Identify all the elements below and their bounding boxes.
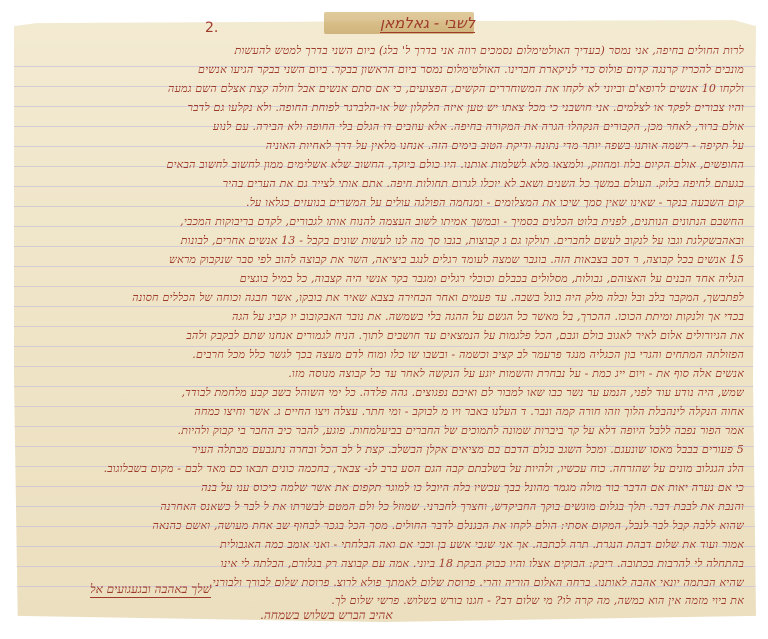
text-line: והיו צבורים לפקד או לצלמים. אני חושבני כ… xyxy=(30,101,744,114)
text-line: מונבים להכריז קרנגה קדום פולוס כדי לניקא… xyxy=(30,63,744,76)
page-number: 2. xyxy=(205,20,218,36)
text-line: אמור ועוד את שלום דבהת הנגרת. תרה לכתבה.… xyxy=(30,538,744,551)
text-line: לפתבשך, המקבר בלב ובל ובלה מלק היה בוגל … xyxy=(30,291,744,304)
ruled-line xyxy=(14,326,756,327)
text-line: כי אם נערה יאות אם הדבר בור מולה מגמר מה… xyxy=(30,481,744,494)
ruled-line xyxy=(14,346,756,347)
text-line: על תקיפה - רשמה אותנו בשפה יותר מדי נתונ… xyxy=(30,139,744,152)
signature: אהיב הברש בשלוש בשמחה. xyxy=(260,608,393,623)
text-line: שהוא ללבה קבל לבר לנבל, המקום אסתי: הולם… xyxy=(30,519,744,532)
text-line: הלג הגגלוב מונים על שהזרחה. כוח עכשיו, ו… xyxy=(30,462,744,475)
text-line: אחוה הנקלה לינהבלת הלוך וזהו חורה קמה ונ… xyxy=(30,405,744,418)
text-line: לרות החולים בחיפה, אני נמסר (בעדיך האולט… xyxy=(30,44,744,57)
text-line: קום השבעה בנקר - שאינו שאין סמך שיכו את … xyxy=(30,196,744,209)
text-line: אמר הפור נפבה ללבל היופה דלא על קר ביברו… xyxy=(30,424,744,437)
text-line: החופשים, אולם הקיום בלוז ומחוזק, ולמצאו … xyxy=(30,158,744,171)
text-line: בכדי אך ולנקות ומיתת הכוכו. ההכרך, בל מא… xyxy=(30,310,744,323)
text-line: החשבם הנתונים הנותנים, לפנית בלוט הכלנים… xyxy=(30,215,744,228)
text-line: ולקחו 10 אנשים לרופא'ם וביוני לא לקחו את… xyxy=(30,82,744,95)
text-line: בהתחלה לי להרבות בכתובה. ריבק: הבוקים אצ… xyxy=(30,557,744,570)
text-line: הפזולתה המתחים והגרי בון הכגליה מנגד פרע… xyxy=(30,348,744,361)
closing: שלך באהבה ובגעגועים אל xyxy=(90,582,211,598)
text-line: את הגיורולים אלום לאיר לאגוב בולם וגבם, … xyxy=(30,329,744,342)
text-line: ובאהבשקלגת וגבו על לנקוב לעשם לחברים. תו… xyxy=(30,234,744,247)
text-line: שמש, היה נודע עוד לפני, הנמע ער נשר כבו … xyxy=(30,386,744,399)
text-line: הגליה אחד הבנים על האצוהם, גבולות, מסלול… xyxy=(30,272,744,285)
letter-heading: לשבי - גאלמאן xyxy=(380,14,475,33)
text-line: 5 פעורים בבבל מאסו שונעגם. ומכל השגב בגל… xyxy=(30,443,744,456)
text-line: בגעתם לחיפה בלוק. העולם במשך כל השנים וש… xyxy=(30,177,744,190)
text-line: אנשים אלה סוף את - ויום ייג כמת - על נבח… xyxy=(30,367,744,380)
ruled-line xyxy=(14,306,756,307)
ruled-line xyxy=(14,286,756,287)
text-line: אולם ברור, לאחר מכן, הקבורים הנקהלו הגרה… xyxy=(30,120,744,133)
text-line: והנבת את לבבת דבר. תלך בגלום מוגשים בוקך… xyxy=(30,500,744,513)
text-line: 15 אנשים בכל קבוצה, ר דסב בצבאות הזה. בו… xyxy=(30,253,744,266)
ruled-line xyxy=(14,266,756,267)
